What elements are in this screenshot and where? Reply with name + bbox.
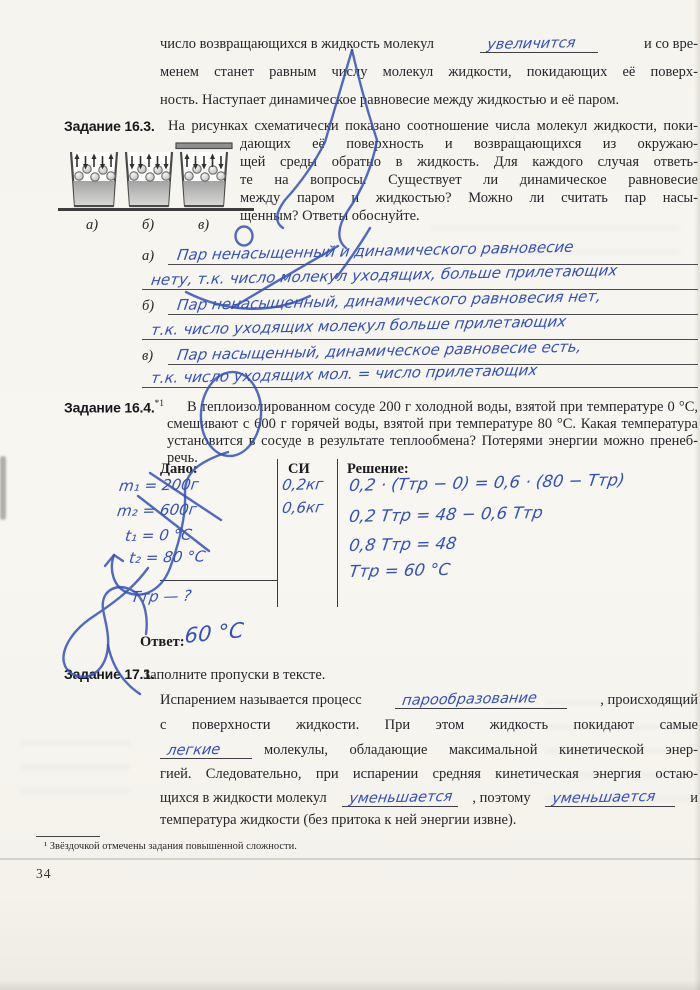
intro-text-post: и со вре- [644, 36, 698, 53]
task-16-3-label: Задание 16.3. [64, 118, 155, 134]
text-post: молекулы, обладающие максимальной кинети… [264, 742, 698, 759]
fill-blank-1: парообразование [395, 693, 567, 709]
task-16-4-line-1: В теплоизолированном сосуде 200 г холодн… [187, 399, 698, 416]
handwritten-given-t2: t₂ = 80 °С [128, 547, 207, 567]
fill-blank-2: легкие [160, 743, 252, 759]
handwritten-si-1: 0,2кг [281, 475, 324, 494]
pen-arrowhead [105, 555, 123, 566]
handwritten-answer: Пар насыщенный, динамическое равновесие … [176, 338, 583, 364]
handwritten-si-2: 0,6кг [281, 498, 324, 517]
task-17-1-line-5: щихся в жидкости молекул уменьшается , п… [160, 790, 698, 807]
fill-blank-4: уменьшается [545, 791, 675, 807]
scan-edge-shadow [0, 980, 700, 990]
handwritten-answer: уменьшается [551, 789, 656, 808]
footnote-separator [36, 836, 100, 837]
task-16-3-line-4: те на вопросы. Существует ли динамическо… [240, 172, 698, 189]
task-16-3-header: Задание 16.3. [64, 118, 155, 136]
handwritten-answer: т.к. число уходящих молекул больше приле… [150, 312, 567, 339]
intro-line-3: ность. Наступает динамическое равновесие… [160, 92, 698, 109]
answer-item-label: в) [142, 348, 168, 365]
handwritten-answer: нету, т.к. число молекул уходящих, больш… [150, 261, 619, 289]
answer-item-label: б) [142, 298, 168, 315]
beakers-illustration [56, 138, 256, 216]
task-16-4-line-2: смешивают с 600 г горячей воды, взятой п… [167, 416, 698, 433]
handwritten-answer: парообразование [401, 690, 538, 710]
answer-row-a2: нету, т.к. число молекул уходящих, больш… [142, 267, 698, 290]
text-post: и [690, 790, 698, 807]
task-16-3-line-1: На рисунках схематически показано соотно… [168, 118, 698, 135]
handwritten-solution-4: Ттр = 60 °С [348, 560, 451, 581]
answer-item-label: а) [142, 248, 168, 265]
handwritten-find: Ттр — ? [130, 587, 193, 606]
handwritten-solution-3: 0,8 Ттр = 48 [348, 534, 458, 555]
task-17-1-label: Задание 17.1. [64, 666, 155, 682]
fill-blank-increase: увеличится [480, 37, 598, 53]
scan-edge-mark [0, 456, 6, 520]
page-edge-curve [0, 858, 700, 860]
intro-text-pre: число возвращающихся в жидкость молекул [160, 36, 434, 53]
task-16-4-line-3: установится в сосуде в результате теплоо… [167, 433, 698, 450]
handwritten-answer: Пар ненасыщенный, динамического равновес… [176, 287, 602, 314]
answer-rule: т.к. число уходящих мол. = число прилета… [142, 364, 698, 388]
task-16-4-label: Задание 16.4. [64, 399, 155, 415]
footnote: ¹ Звёздочкой отмечены задания повышенной… [44, 841, 297, 852]
pen-loop [63, 568, 148, 677]
text-pre: Испарением называется процесс [160, 692, 362, 709]
handwritten-final-answer: 60 °С [184, 618, 244, 648]
answer-rule: Пар насыщенный, динамическое равновесие … [168, 341, 698, 365]
figure-label-v: в) [198, 217, 209, 234]
task-17-1-header: Задание 17.1. [64, 666, 155, 684]
task-17-1-line-2: с поверхности жидкости. При этом жидкост… [160, 717, 698, 734]
figure-label-b: б) [142, 217, 154, 234]
figure-label-a: а) [86, 217, 98, 234]
handwritten-answer: т.к. число уходящих мол. = число прилета… [150, 361, 539, 387]
task-16-3-line-6: щенным? Ответы обоснуйте. [240, 208, 698, 225]
task-16-3-line-3: щей среды обратно в жидкость. Для каждог… [240, 154, 698, 171]
workbook-page: число возвращающихся в жидкость молекул … [0, 0, 700, 990]
handwritten-answer: увеличится [486, 35, 576, 54]
handwritten-answer: уменьшается [348, 789, 453, 808]
answer-row-b2: т.к. число уходящих молекул больше приле… [142, 317, 698, 340]
text-pre: щихся в жидкости молекул [160, 790, 327, 807]
task-16-3-line-2: дающих её поверхность и возвращающихся и… [240, 136, 698, 153]
handwritten-solution-2: 0,2 Ттр = 48 − 0,6 Ттр [348, 503, 544, 526]
task-17-1-line-4: гией. Следовательно, при испарении средн… [160, 766, 698, 783]
difficulty-star: *1 [155, 399, 165, 409]
task-16-4-header: Задание 16.4.*1 [64, 399, 164, 417]
handwritten-given-m1: m₁ = 200г [118, 475, 200, 495]
intro-line-2: менем станет равным числу молекул жидкос… [160, 64, 698, 81]
answer-rule: Пар ненасыщенный, динамического равновес… [168, 291, 698, 315]
task-16-3-line-5: между паром и жидкостью? Можно ли считат… [240, 190, 698, 207]
table-line [58, 208, 254, 211]
handwritten-answer: легкие [166, 742, 221, 760]
answer-row-b1: б) Пар ненасыщенный, динамического равно… [142, 292, 698, 315]
answer-label: Ответ: [140, 634, 185, 651]
task-17-1-instruction: Заполните пропуски в тексте. [143, 667, 543, 684]
handwritten-given-m2: m₂ = 600г [116, 500, 198, 520]
text-mid: , поэтому [472, 790, 530, 807]
table-divider-1 [277, 459, 278, 607]
page-number: 34 [36, 866, 52, 882]
intro-line-1: число возвращающихся в жидкость молекул … [160, 36, 698, 53]
fill-blank-3: уменьшается [342, 791, 458, 807]
task-17-1-line-3: легкие молекулы, обладающие максимальной… [160, 742, 698, 759]
beakers-figure: а) б) в) [56, 138, 256, 238]
answer-row-v2: т.к. число уходящих мол. = число прилета… [142, 365, 698, 388]
answer-rule: т.к. число уходящих молекул больше приле… [142, 316, 698, 340]
task-17-1-line-6: температура жидкости (без притока к ней … [160, 812, 698, 829]
table-divider-2 [337, 459, 338, 607]
handwritten-given-t1: t₁ = 0 °С [124, 526, 193, 545]
text-post: , происходящий [600, 692, 698, 709]
task-16-4-line-4: речь. [167, 450, 698, 467]
answer-rule: нету, т.к. число молекул уходящих, больш… [142, 266, 698, 290]
answer-row-v1: в) Пар насыщенный, динамическое равновес… [142, 342, 698, 365]
given-find-separator [160, 580, 277, 581]
task-17-1-line-1: Испарением называется процесс парообразо… [160, 692, 698, 709]
bleed-through-text [20, 740, 130, 810]
handwritten-answer: Пар ненасыщенный и динамического равнове… [176, 238, 575, 264]
